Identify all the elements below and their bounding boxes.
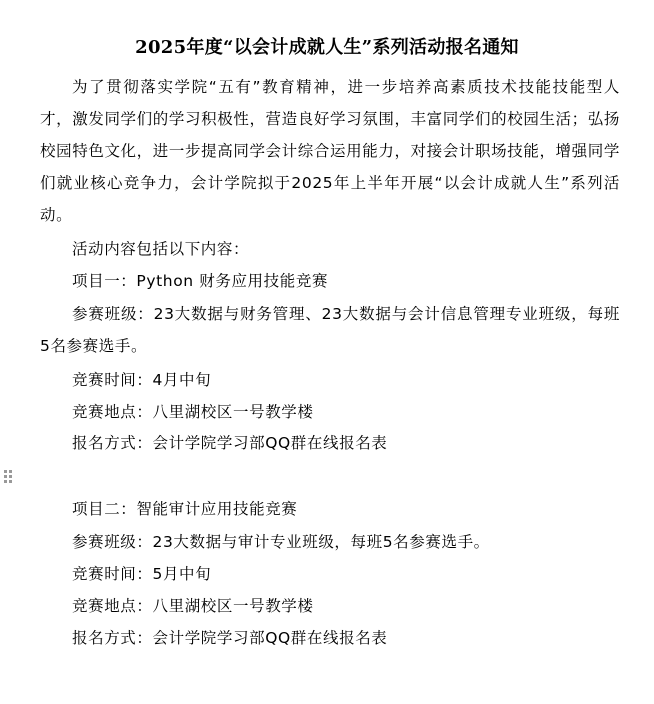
project2-location: 竞赛地点：八里湖校区一号教学楼: [72, 590, 314, 622]
document-title: 2025年度“以会计成就人生”系列活动报名通知: [0, 36, 654, 60]
project2-title: 项目二：智能审计应用技能竞赛: [72, 493, 297, 525]
project1-registration: 报名方式：会计学院学习部QQ群在线报名表: [72, 427, 387, 459]
project1-time: 竞赛时间：4月中旬: [72, 364, 211, 396]
project1-classes: 参赛班级：23大数据与财务管理、23大数据与会计信息管理专业班级，每班5名参赛选…: [40, 298, 620, 362]
project1-title: 项目一：Python 财务应用技能竞赛: [72, 265, 328, 297]
project2-classes: 参赛班级：23大数据与审计专业班级，每班5名参赛选手。: [72, 526, 490, 558]
contents-intro: 活动内容包括以下内容：: [72, 233, 249, 265]
project1-location: 竞赛地点：八里湖校区一号教学楼: [72, 396, 314, 428]
intro-paragraph: 为了贯彻落实学院“五有”教育精神，进一步培养高素质技术技能技能型人才，激发同学们…: [40, 71, 620, 231]
project2-time: 竞赛时间：5月中旬: [72, 558, 211, 590]
drag-handle-icon[interactable]: [4, 470, 12, 484]
project2-registration: 报名方式：会计学院学习部QQ群在线报名表: [72, 622, 387, 654]
